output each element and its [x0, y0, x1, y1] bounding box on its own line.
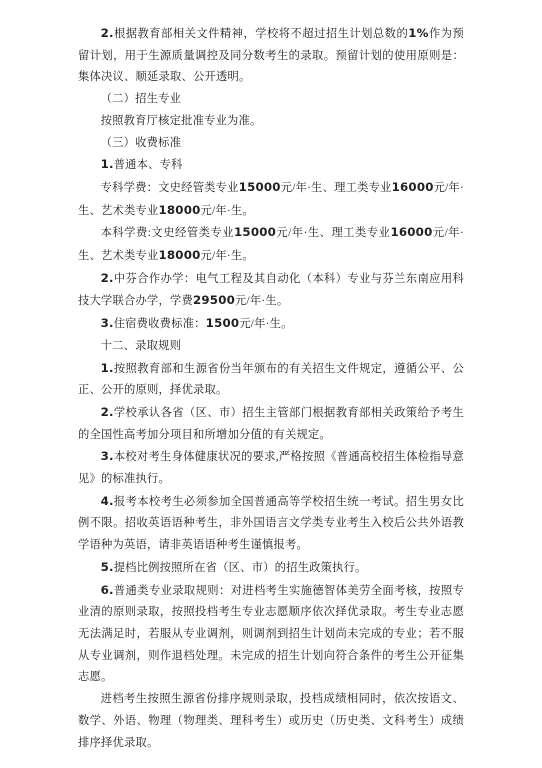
text-run: 进档考生按照生源省份排序规则录取，投档成绩相同时，依次按语文、数学、外语、物理（…: [78, 693, 464, 748]
bold-text-run: 1.: [101, 361, 114, 375]
text-run: 普通本、专科: [114, 159, 183, 171]
paragraph: 1.按照教育部和生源省份当年颁布的有关招生文件规定，遵循公平、公正、公开的原则，…: [78, 358, 464, 402]
paragraph: 进档考生按照生源省份排序规则录取，投档成绩相同时，依次按语文、数学、外语、物理（…: [78, 689, 464, 754]
bold-text-run: 15000: [234, 225, 276, 239]
paragraph: 十二、录取规则: [78, 336, 464, 358]
text-run: 元/年·生、理工类专业: [276, 227, 390, 239]
bold-text-run: 3.: [101, 449, 114, 463]
bold-text-run: 29500: [193, 293, 235, 307]
bold-text-run: 15000: [239, 180, 281, 194]
text-run: 元/年·生。: [201, 250, 254, 262]
text-run: 本科学费:文史经管类专业: [101, 227, 234, 239]
paragraph: 本科学费:文史经管类专业15000元/年·生、理工类专业16000元/年·生、艺…: [78, 222, 464, 267]
text-run: 十二、录取规则: [101, 340, 181, 352]
text-run: 提档比例按照所在省（区、市）的招生政策执行。: [114, 562, 367, 574]
document-page: 2.根据教育部相关文件精神，学校将不超过招生计划总数的1%作为预留计划，用于生源…: [0, 0, 542, 768]
paragraph: 1.普通本、专科: [78, 154, 464, 177]
paragraph: 3.住宿费收费标准：1500元/年·生。: [78, 313, 464, 336]
bold-text-run: 1500: [206, 316, 240, 330]
paragraph: 3.本校对考生身体健康状况的要求,严格按照《普通高校招生体检指导意见》的标准执行…: [78, 446, 464, 490]
text-run: 元/年·生。: [235, 295, 288, 307]
text-run: 住宿费收费标准：: [114, 318, 206, 330]
paragraph: （三）收费标准: [78, 133, 464, 155]
text-run: 报考本校考生必须参加全国普通高等学校招生统一考试。招生男女比例不限。招收英语语种…: [78, 496, 464, 551]
bold-text-run: 5.: [101, 560, 114, 574]
bold-text-run: 18000: [158, 248, 200, 262]
text-run: 本校对考生身体健康状况的要求,严格按照《普通高校招生体检指导意见》的标准执行。: [78, 451, 464, 485]
bold-text-run: 16000: [392, 180, 434, 194]
text-run: 元/年·生。: [239, 318, 292, 330]
document-body: 2.根据教育部相关文件精神，学校将不超过招生计划总数的1%作为预留计划，用于生源…: [78, 23, 464, 754]
bold-text-run: 6.: [101, 583, 114, 597]
paragraph: 6.普通类专业录取规则：对进档考生实施德智体美劳全面考核，按照专业清的原则录取，…: [78, 580, 464, 690]
text-run: 元/年·生、理工类专业: [281, 182, 392, 194]
bold-text-run: 2.: [101, 405, 114, 419]
bold-text-run: 16000: [390, 225, 432, 239]
text-run: （三）收费标准: [101, 137, 181, 149]
text-run: 按照教育部和生源省份当年颁布的有关招生文件规定，遵循公平、公正、公开的原则，择优…: [78, 363, 464, 397]
text-run: 学校承认各省（区、市）招生主管部门根据教育部相关政策给予考生的全国性高考加分项目…: [78, 407, 464, 441]
text-run: 普通类专业录取规则：对进档考生实施德智体美劳全面考核，按照专业清的原则录取，按照…: [78, 585, 464, 684]
text-run: 元/年·生。: [201, 205, 254, 217]
paragraph: 5.提档比例按照所在省（区、市）的招生政策执行。: [78, 557, 464, 580]
paragraph: 2.根据教育部相关文件精神，学校将不超过招生计划总数的1%作为预留计划，用于生源…: [78, 23, 464, 89]
text-run: （二）招生专业: [101, 93, 181, 105]
paragraph: 按照教育厅核定批准专业为准。: [78, 111, 464, 133]
bold-text-run: 1%: [408, 26, 428, 40]
text-run: 专科学费：文史经管类专业: [101, 182, 239, 194]
bold-text-run: 4.: [101, 494, 114, 508]
text-run: 根据教育部相关文件精神，学校将不超过招生计划总数的: [114, 28, 409, 40]
paragraph: 2.中芬合作办学：电气工程及其自动化（本科）专业与芬兰东南应用科技大学联合办学，…: [78, 268, 464, 313]
paragraph: 2.学校承认各省（区、市）招生主管部门根据教育部相关政策给予考生的全国性高考加分…: [78, 402, 464, 446]
text-run: 按照教育厅核定批准专业为准。: [101, 115, 262, 127]
paragraph: （二）招生专业: [78, 89, 464, 111]
bold-text-run: 3.: [101, 316, 114, 330]
bold-text-run: 18000: [158, 203, 200, 217]
paragraph: 专科学费：文史经管类专业15000元/年·生、理工类专业16000元/年·生、艺…: [78, 177, 464, 222]
bold-text-run: 1.: [101, 157, 114, 171]
paragraph: 4.报考本校考生必须参加全国普通高等学校招生统一考试。招生男女比例不限。招收英语…: [78, 491, 464, 557]
bold-text-run: 2.: [101, 26, 114, 40]
bold-text-run: 2.: [101, 271, 114, 285]
